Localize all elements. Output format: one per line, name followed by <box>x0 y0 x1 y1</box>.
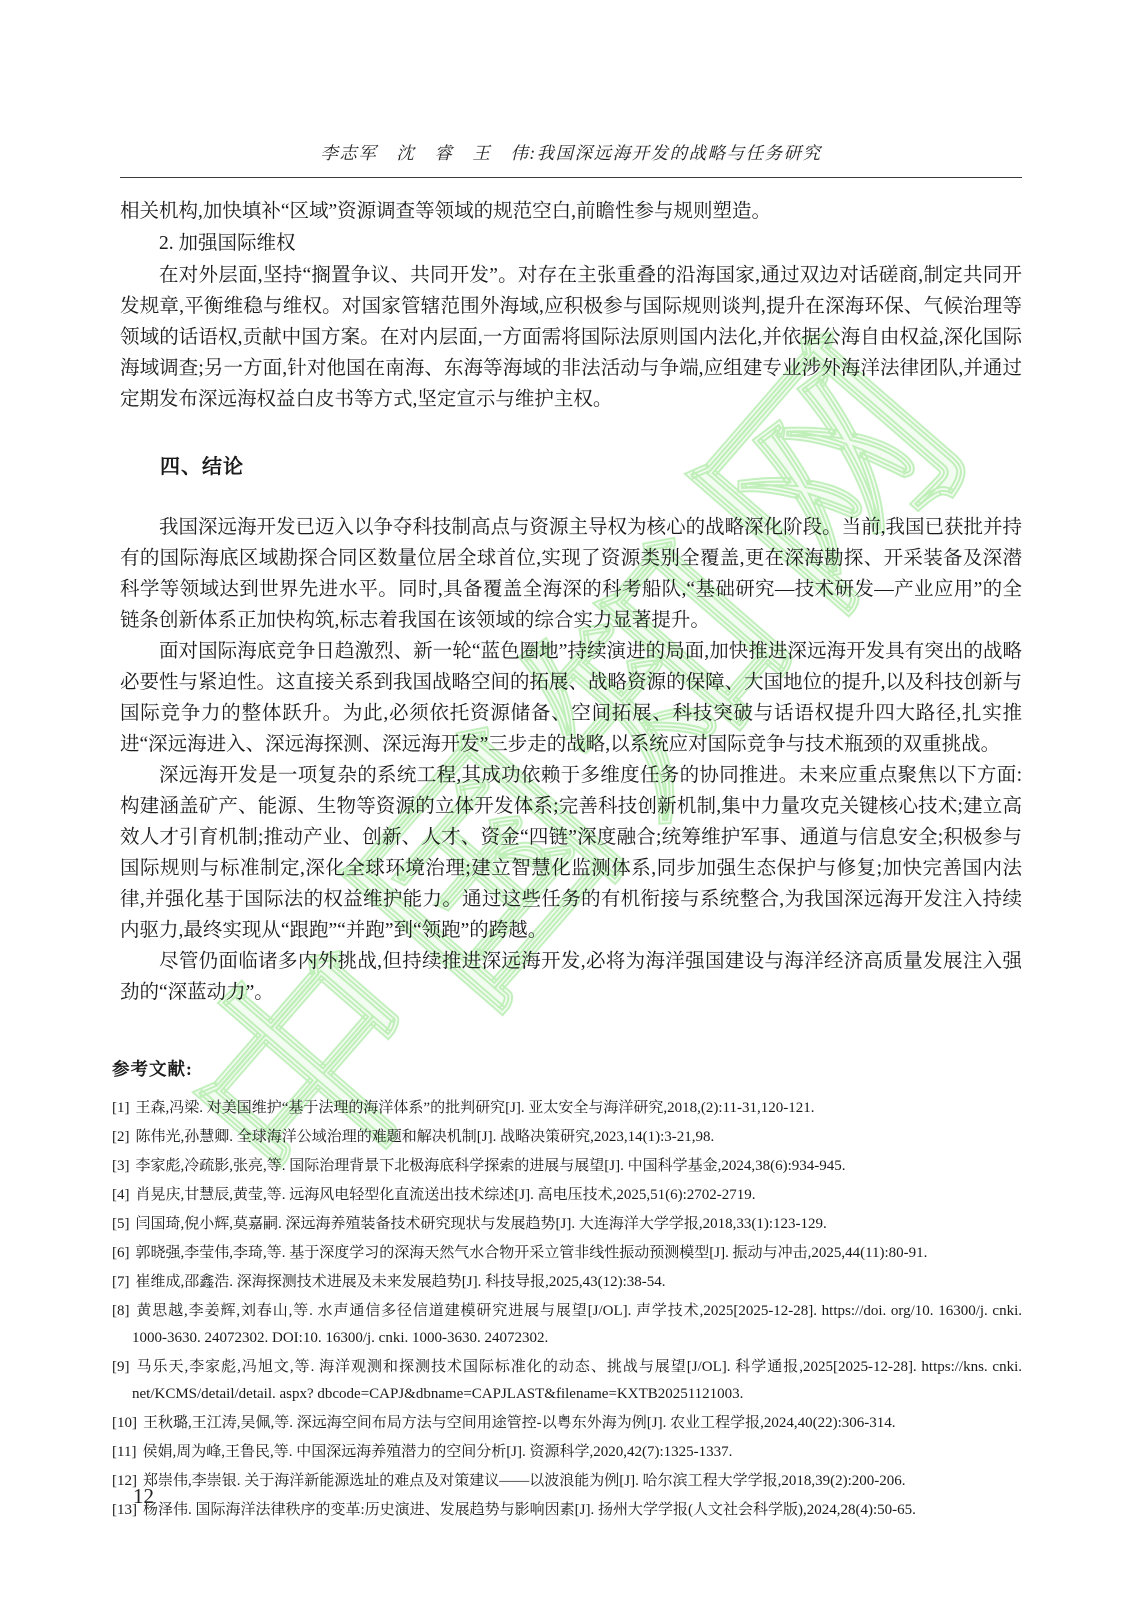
references-list: [1]王森,冯梁. 对美国维护“基于法理的海洋体系”的批判研究[J]. 亚太安全… <box>112 1095 1022 1524</box>
reference-label: [8] <box>112 1303 130 1319</box>
reference-label: [7] <box>112 1274 130 1290</box>
reference-text: 杨泽伟. 国际海洋法律秩序的变革:历史演进、发展趋势与影响因素[J]. 扬州大学… <box>143 1502 916 1518</box>
conclusion-paragraph-3: 深远海开发是一项复杂的系统工程,其成功依赖于多维度任务的协同推进。未来应重点聚焦… <box>120 760 1022 946</box>
reference-text: 王秋璐,王江涛,吴佩,等. 深远海空间布局方法与空间用途管控-以粤东外海为例[J… <box>143 1415 895 1431</box>
reference-label: [4] <box>112 1187 130 1203</box>
reference-text: 马乐天,李家彪,冯旭文,等. 海洋观测和探测技术国际标准化的动态、挑战与展望[J… <box>132 1359 1022 1402</box>
reference-text: 王森,冯梁. 对美国维护“基于法理的海洋体系”的批判研究[J]. 亚太安全与海洋… <box>136 1100 815 1116</box>
reference-label: [2] <box>112 1129 130 1145</box>
reference-label: [9] <box>112 1359 130 1375</box>
reference-label: [3] <box>112 1158 130 1174</box>
reference-item: [12]郑崇伟,李崇银. 关于海洋新能源选址的难点及对策建议——以波浪能为例[J… <box>112 1468 1022 1495</box>
reference-item: [3]李家彪,冷疏影,张亮,等. 国际治理背景下北极海底科学探索的进展与展望[J… <box>112 1153 1022 1180</box>
page-content: 李志军 沈 睿 王 伟:我国深远海开发的战略与任务研究 相关机构,加快填补“区域… <box>120 140 1022 1526</box>
conclusion-paragraph-1: 我国深远海开发已迈入以争夺科技制高点与资源主导权为核心的战略深化阶段。当前,我国… <box>120 512 1022 636</box>
conclusion-paragraph-2: 面对国际海底竞争日趋激烈、新一轮“蓝色圈地”持续演进的局面,加快推进深远海开发具… <box>120 636 1022 760</box>
reference-label: [5] <box>112 1216 130 1232</box>
subsection-heading-2: 2. 加强国际维权 <box>120 228 1022 259</box>
reference-item: [10]王秋璐,王江涛,吴佩,等. 深远海空间布局方法与空间用途管控-以粤东外海… <box>112 1410 1022 1437</box>
reference-item: [1]王森,冯梁. 对美国维护“基于法理的海洋体系”的批判研究[J]. 亚太安全… <box>112 1095 1022 1122</box>
reference-text: 陈伟光,孙慧卿. 全球海洋公域治理的难题和解决机制[J]. 战略决策研究,202… <box>136 1129 715 1145</box>
reference-item: [9]马乐天,李家彪,冯旭文,等. 海洋观测和探测技术国际标准化的动态、挑战与展… <box>112 1354 1022 1408</box>
reference-item: [6]郭晓强,李莹伟,李琦,等. 基于深度学习的深海天然气水合物开采立管非线性振… <box>112 1240 1022 1267</box>
reference-item: [8]黄思越,李姜辉,刘春山,等. 水声通信多径信道建模研究进展与展望[J/OL… <box>112 1298 1022 1352</box>
header-rule <box>120 177 1022 178</box>
reference-label: [11] <box>112 1444 136 1460</box>
reference-text: 闫国琦,倪小辉,莫嘉嗣. 深远海养殖装备技术研究现状与发展趋势[J]. 大连海洋… <box>136 1216 827 1232</box>
reference-item: [11]侯娟,周为峰,王鲁民,等. 中国深远海养殖潜力的空间分析[J]. 资源科… <box>112 1439 1022 1466</box>
reference-text: 崔维成,邵鑫浩. 深海探测技术进展及未来发展趋势[J]. 科技导报,2025,4… <box>136 1274 666 1290</box>
reference-label: [6] <box>112 1245 130 1261</box>
reference-text: 李家彪,冷疏影,张亮,等. 国际治理背景下北极海底科学探索的进展与展望[J]. … <box>136 1158 846 1174</box>
reference-item: [2]陈伟光,孙慧卿. 全球海洋公域治理的难题和解决机制[J]. 战略决策研究,… <box>112 1124 1022 1151</box>
conclusion-paragraph-4: 尽管仍面临诸多内外挑战,但持续推进深远海开发,必将为海洋强国建设与海洋经济高质量… <box>120 946 1022 1008</box>
reference-label: [10] <box>112 1415 137 1431</box>
journal-page: 中国知网 李志军 沈 睿 王 伟:我国深远海开发的战略与任务研究 相关机构,加快… <box>0 0 1139 1612</box>
reference-text: 黄思越,李姜辉,刘春山,等. 水声通信多径信道建模研究进展与展望[J/OL]. … <box>132 1303 1022 1346</box>
reference-text: 肖晃庆,甘慧辰,黄莹,等. 远海风电轻型化直流送出技术综述[J]. 高电压技术,… <box>136 1187 756 1203</box>
subsection-paragraph: 在对外层面,坚持“搁置争议、共同开发”。对存在主张重叠的沿海国家,通过双边对话磋… <box>120 260 1022 415</box>
references-heading: 参考文献: <box>112 1056 1022 1081</box>
carryover-paragraph: 相关机构,加快填补“区域”资源调查等领域的规范空白,前瞻性参与规则塑造。 <box>120 196 1022 227</box>
reference-text: 郭晓强,李莹伟,李琦,等. 基于深度学习的深海天然气水合物开采立管非线性振动预测… <box>136 1245 928 1261</box>
reference-item: [5]闫国琦,倪小辉,莫嘉嗣. 深远海养殖装备技术研究现状与发展趋势[J]. 大… <box>112 1211 1022 1238</box>
reference-text: 郑崇伟,李崇银. 关于海洋新能源选址的难点及对策建议——以波浪能为例[J]. 哈… <box>143 1473 906 1489</box>
reference-item: [4]肖晃庆,甘慧辰,黄莹,等. 远海风电轻型化直流送出技术综述[J]. 高电压… <box>112 1182 1022 1209</box>
reference-item: [7]崔维成,邵鑫浩. 深海探测技术进展及未来发展趋势[J]. 科技导报,202… <box>112 1269 1022 1296</box>
page-number: 12 <box>133 1484 154 1509</box>
running-header: 李志军 沈 睿 王 伟:我国深远海开发的战略与任务研究 <box>120 140 1022 177</box>
reference-text: 侯娟,周为峰,王鲁民,等. 中国深远海养殖潜力的空间分析[J]. 资源科学,20… <box>142 1444 732 1460</box>
reference-label: [1] <box>112 1100 130 1116</box>
reference-item: [13]杨泽伟. 国际海洋法律秩序的变革:历史演进、发展趋势与影响因素[J]. … <box>112 1497 1022 1524</box>
section-heading-conclusion: 四、结论 <box>120 452 1022 483</box>
